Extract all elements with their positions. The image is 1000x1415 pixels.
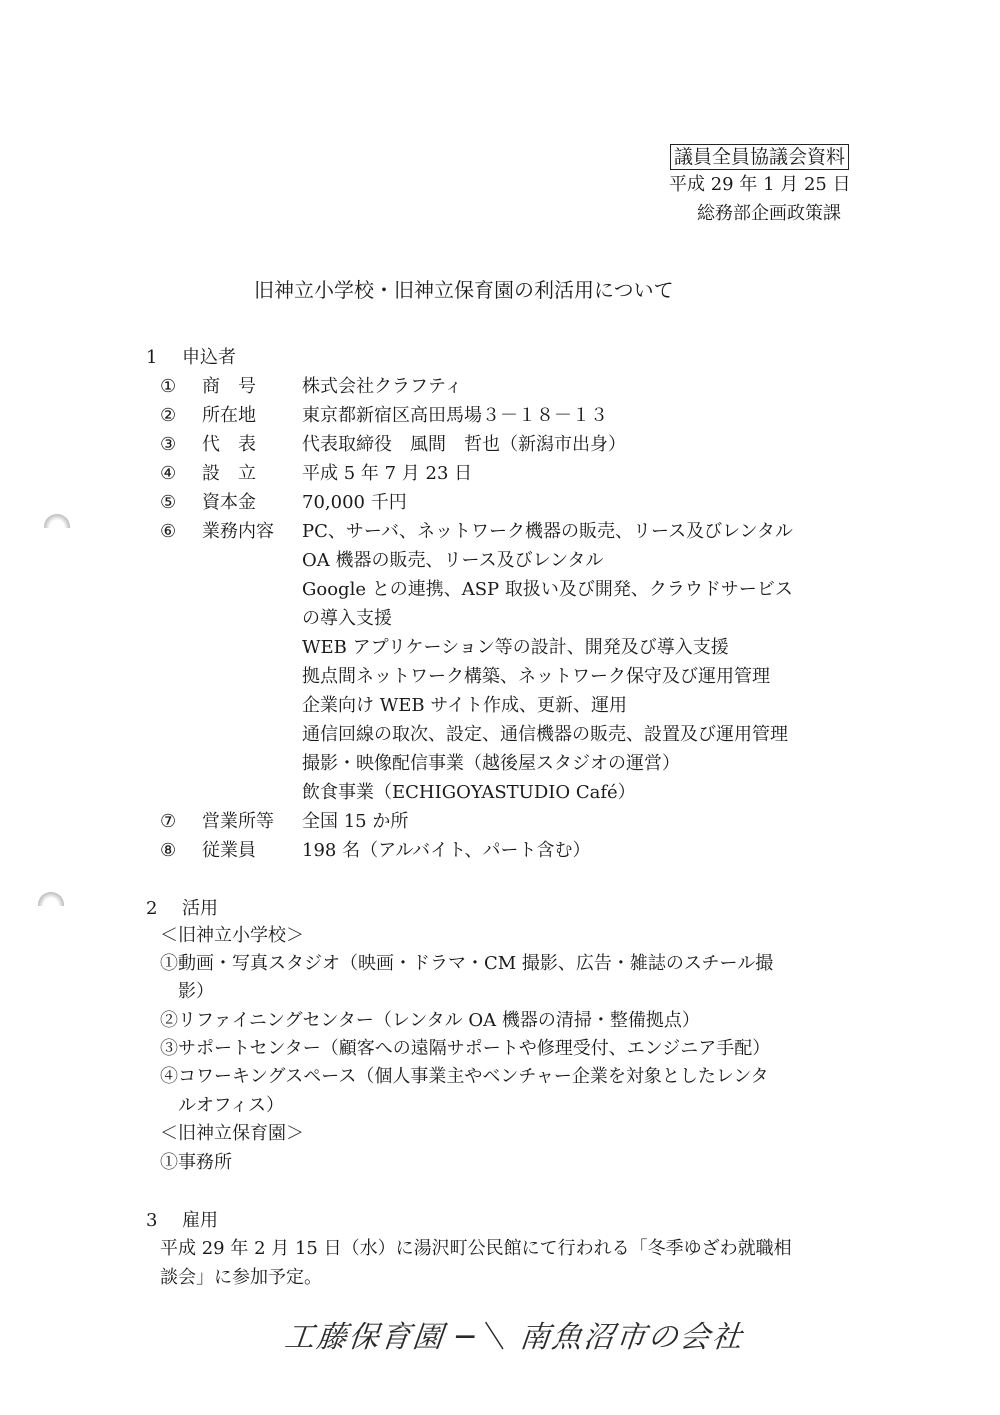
item-value: 平成 5 年 7 月 23 日 <box>302 462 472 486</box>
item-value: 株式会社クラフティ <box>302 375 463 399</box>
punch-hole-mark-top <box>44 514 70 528</box>
item-number: ② <box>160 404 176 428</box>
item-value: 70,000 千円 <box>302 491 407 515</box>
section2-heading: 活用 <box>182 897 218 921</box>
business-line: OA 機器の販売、リース及びレンタル <box>302 549 603 573</box>
item-label: 所在地 <box>202 404 256 428</box>
item-label: 従業員 <box>202 839 256 863</box>
document-type-box: 議員全員協議会資料 <box>670 144 849 170</box>
school-use-item-cont: 影） <box>178 980 214 1004</box>
business-line: の導入支援 <box>302 607 392 631</box>
item-label: 代 表 <box>202 433 256 457</box>
nursery-use-item: ①事務所 <box>160 1151 232 1175</box>
item-label: 資本金 <box>202 491 256 515</box>
business-line: 撮影・映像配信事業（越後屋スタジオの運営） <box>302 752 680 776</box>
school-use-item: ①動画・写真スタジオ（映画・ドラマ・CM 撮影、広告・雑誌のスチール撮 <box>160 952 773 976</box>
business-line: 通信回線の取次、設定、通信機器の販売、設置及び運用管理 <box>302 723 788 747</box>
item-label: 営業所等 <box>202 810 274 834</box>
business-line: 飲食事業（ECHIGOYASTUDIO Café） <box>302 781 636 805</box>
employment-text: 談会」に参加予定。 <box>160 1266 322 1290</box>
section1-number: 1 <box>146 346 157 370</box>
page-title: 旧神立小学校・旧神立保育園の利活用について <box>254 274 674 303</box>
employment-text: 平成 29 年 2 月 15 日（水）に湯沢町公民館にて行われる「冬季ゆざわ就職… <box>160 1237 792 1261</box>
item-number: ⑥ <box>160 520 176 544</box>
business-line: 拠点間ネットワーク構築、ネットワーク保守及び運用管理 <box>302 665 770 689</box>
item-label: 設 立 <box>202 462 256 486</box>
section1-heading: 申込者 <box>182 346 236 370</box>
item-value: 全国 15 か所 <box>302 810 408 834</box>
item-number: ③ <box>160 433 176 457</box>
school-use-item: ④コワーキングスペース（個人事業主やベンチャー企業を対象としたレンタ <box>160 1065 769 1089</box>
business-line: Google との連携、ASP 取扱い及び開発、クラウドサービス <box>302 578 793 602</box>
item-label: 商 号 <box>202 375 256 399</box>
section3-number: 3 <box>146 1209 157 1233</box>
item-label: 業務内容 <box>202 520 274 544</box>
section3-heading: 雇用 <box>182 1209 218 1233</box>
school-use-item-cont: ルオフィス） <box>178 1094 284 1118</box>
school-subheading: ＜旧神立小学校＞ <box>160 924 304 948</box>
item-value: 198 名（アルバイト、パート含む） <box>302 839 590 863</box>
item-value: 東京都新宿区高田馬場３－１８－１３ <box>302 404 608 428</box>
nursery-subheading: ＜旧神立保育園＞ <box>160 1122 304 1146</box>
item-number: ⑧ <box>160 839 176 863</box>
item-value: 代表取締役 風間 哲也（新潟市出身） <box>302 433 626 457</box>
document-date: 平成 29 年 1 月 25 日 <box>669 173 851 197</box>
business-line: WEB アプリケーション等の設計、開発及び導入支援 <box>302 636 729 660</box>
item-number: ⑤ <box>160 491 176 515</box>
item-number: ④ <box>160 462 176 486</box>
department-name: 総務部企画政策課 <box>697 202 841 226</box>
item-number: ① <box>160 375 176 399</box>
school-use-item: ②リファイニングセンター（レンタル OA 機器の清掃・整備拠点） <box>160 1009 700 1033</box>
punch-hole-mark-bottom <box>38 892 64 906</box>
business-line: PC、サーバ、ネットワーク機器の販売、リース及びレンタル <box>302 520 793 544</box>
school-use-item: ③サポートセンター（顧客への遠隔サポートや修理受付、エンジニア手配） <box>160 1037 770 1061</box>
handwritten-note: 工藤保育園 ─＼ 南魚沼市の会社 <box>283 1312 747 1356</box>
section2-number: 2 <box>146 897 157 921</box>
item-number: ⑦ <box>160 810 176 834</box>
business-line: 企業向け WEB サイト作成、更新、運用 <box>302 694 627 718</box>
